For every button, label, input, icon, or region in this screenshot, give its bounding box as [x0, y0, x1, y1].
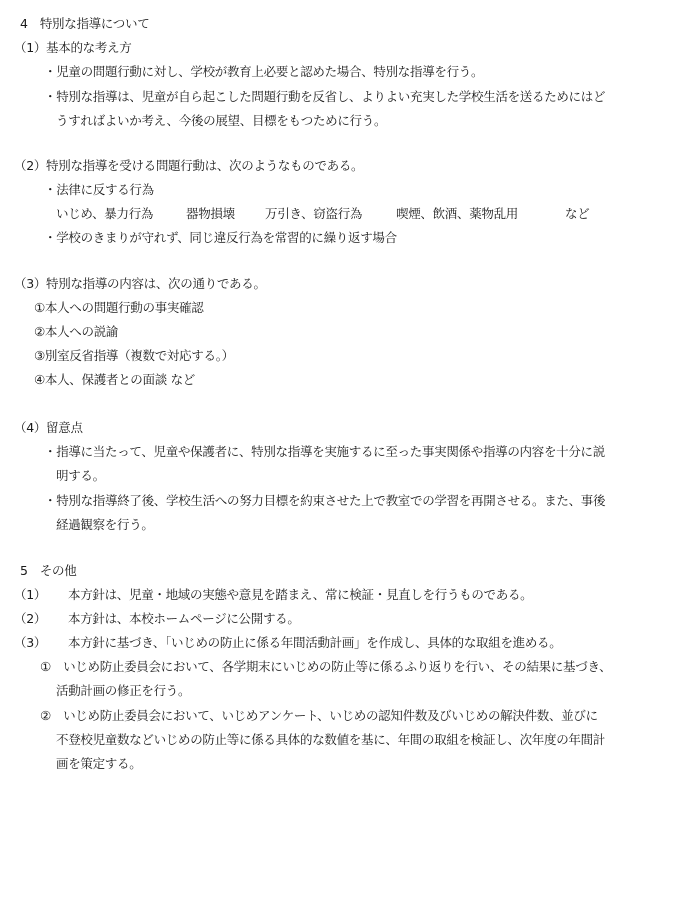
numbered-item: ③別室反省指導（複数で対応する。） — [34, 348, 234, 364]
example-item: いじめ、暴力行為 — [56, 206, 153, 222]
bullet-text: ・児童の問題行動に対し、学校が教育上必要と認めた場合、特別な指導を行う。 — [44, 64, 483, 80]
example-item: など — [565, 206, 589, 222]
numbered-item: ②本人への説諭 — [34, 324, 118, 340]
bullet-text: ・特別な指導は、児童が自ら起こした問題行動を反省し、よりよい充実した学校生活を送… — [44, 89, 605, 105]
item-text: 本方針に基づき、「いじめの防止に係る年間活動計画」を作成し、具体的な取組を進める… — [68, 635, 561, 651]
bullet-text-continued: 明する。 — [56, 468, 105, 484]
example-item: 器物損壊 — [186, 206, 235, 222]
item-number: （1） — [14, 587, 46, 603]
item-number: （2） — [14, 611, 46, 627]
subsection-4-heading: （4）留意点 — [14, 420, 83, 436]
section-4-heading: 4 特別な指導について — [20, 16, 149, 32]
bullet-text: ・法律に反する行為 — [44, 182, 154, 198]
sub-item: ① いじめ防止委員会において、各学期末にいじめの防止等に係るふり返りを行い、その… — [40, 659, 611, 675]
bullet-text: ・指導に当たって、児童や保護者に、特別な指導を実施するに至った事実関係や指導の内… — [44, 444, 605, 460]
example-item: 喫煙、飲酒、薬物乱用 — [396, 206, 518, 222]
subsection-2-heading: （2）特別な指導を受ける問題行動は、次のようなものである。 — [14, 158, 363, 174]
subsection-3-heading: （3）特別な指導の内容は、次の通りである。 — [14, 276, 266, 292]
item-text: 本方針は、本校ホームページに公開する。 — [68, 611, 300, 627]
numbered-item: ④本人、保護者との面談 など — [34, 372, 195, 388]
example-item: 万引き、窃盗行為 — [265, 206, 362, 222]
sub-item-continued: 活動計画の修正を行う。 — [56, 683, 190, 699]
bullet-text-continued: 経過観察を行う。 — [56, 517, 154, 533]
sub-item: ② いじめ防止委員会において、いじめアンケート、いじめの認知件数及びいじめの解決… — [40, 708, 598, 724]
item-number: （3） — [14, 635, 46, 651]
bullet-text-continued: うすればよいか考え、今後の展望、目標をもつために行う。 — [56, 113, 386, 129]
subsection-1-heading: （1）基本的な考え方 — [14, 40, 131, 56]
bullet-text: ・学校のきまりが守れず、同じ違反行為を常習的に繰り返す場合 — [44, 230, 397, 246]
numbered-item: ①本人への問題行動の事実確認 — [34, 300, 204, 316]
bullet-text: ・特別な指導終了後、学校生活への努力目標を約束させた上で教室での学習を再開させる… — [44, 493, 605, 509]
sub-item-continued: 不登校児童数などいじめの防止等に係る具体的な数値を基に、年間の取組を検証し、次年… — [56, 732, 605, 748]
item-text: 本方針は、児童・地域の実態や意見を踏まえ、常に検証・見直しを行うものである。 — [68, 587, 532, 603]
sub-item-continued: 画を策定する。 — [56, 756, 141, 772]
section-5-heading: 5 その他 — [20, 563, 76, 579]
